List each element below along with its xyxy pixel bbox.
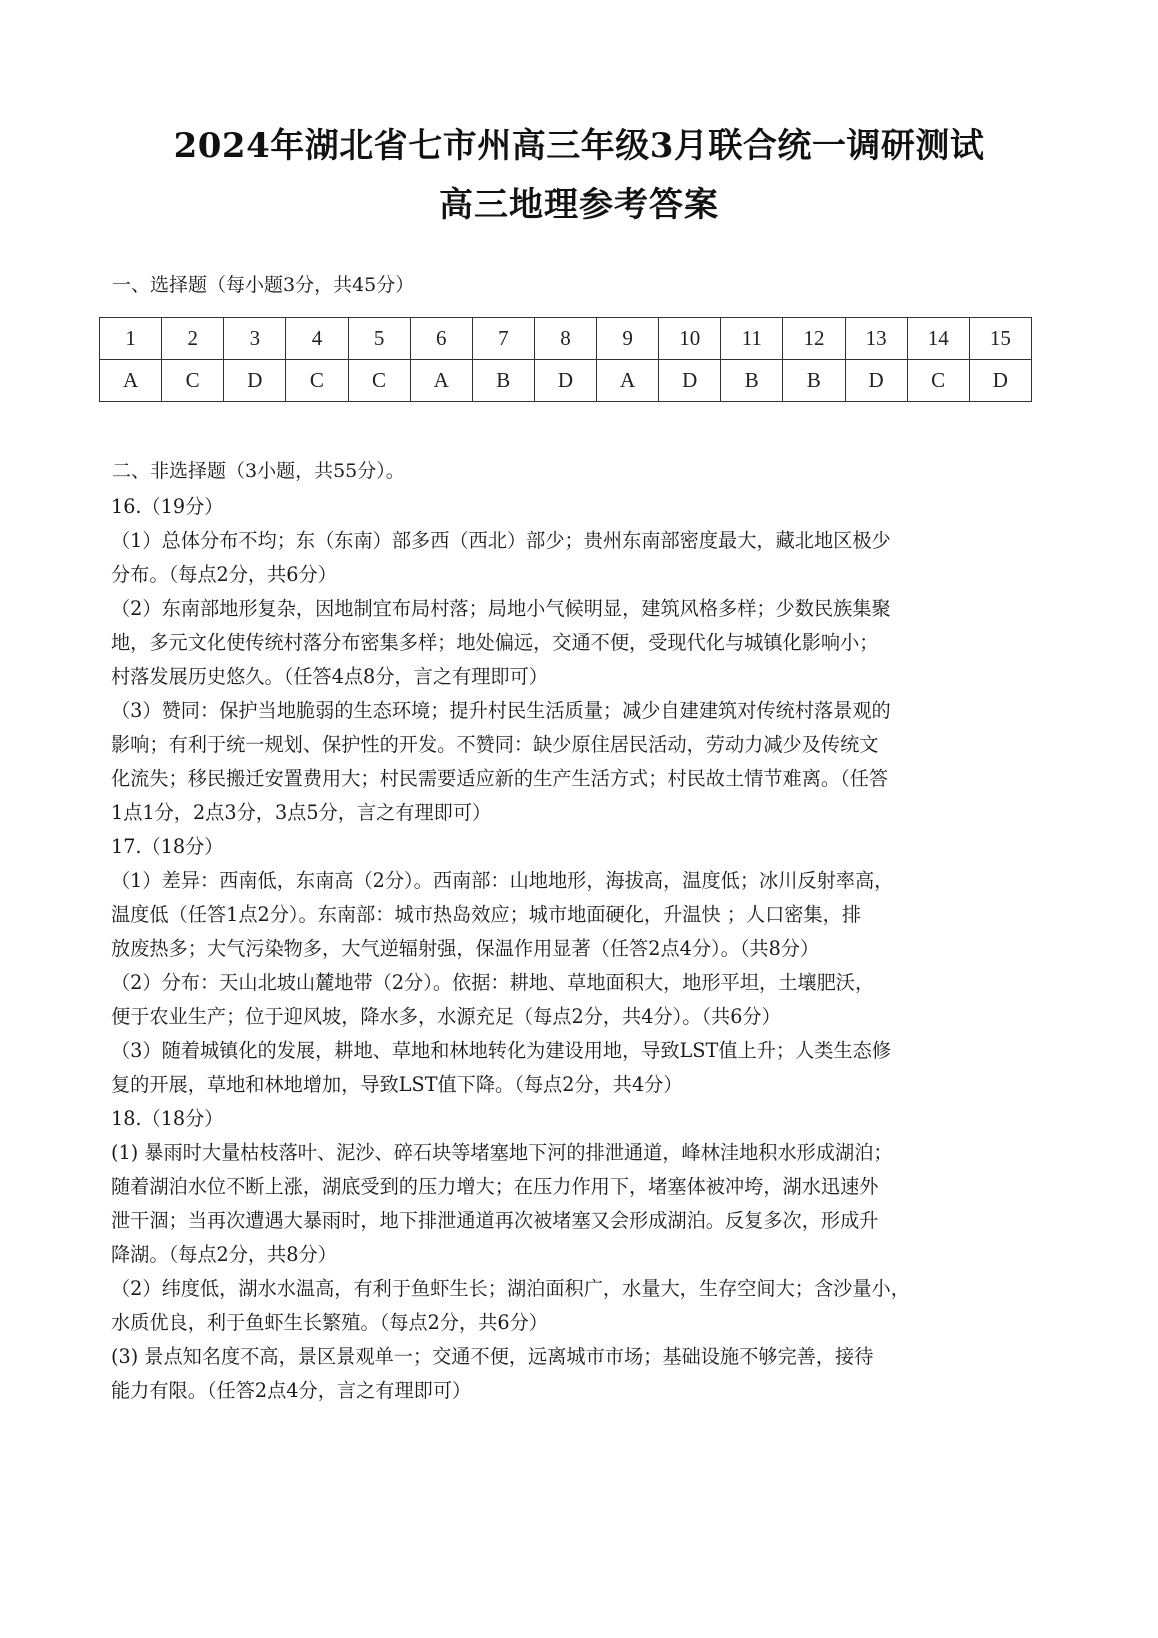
answer-cell: B [472,360,534,402]
answer-cell: D [534,360,596,402]
answer-line: （3）随着城镇化的发展，耕地、草地和林地转化为建设用地，导致LST值上升；人类生… [111,1034,1051,1068]
answer-cell: B [721,360,783,402]
question-number: 15 [969,318,1031,360]
answer-cell: A [410,360,472,402]
answer-cell: C [286,360,348,402]
answer-cell: A [100,360,162,402]
answer-line: 放废热多；大气污染物多，大气逆辐射强，保温作用显著（任答2点4分）。（共8分） [111,932,1051,966]
question-17-heading: 17.（18分） [111,830,1051,864]
question-number: 1 [100,318,162,360]
answer-line: （3）赞同：保护当地脆弱的生态环境；提升村民生活质量；减少自建建筑对传统村落景观… [111,694,1051,728]
section1-heading: 一、选择题（每小题3分，共45分） [112,270,414,297]
answer-line: 化流失；移民搬迁安置费用大；村民需要适应新的生产生活方式；村民故土情节难离。（任… [111,762,1051,796]
question-number: 4 [286,318,348,360]
question-number: 11 [721,318,783,360]
question-16-heading: 16.（19分） [111,490,1051,524]
answer-cell: A [597,360,659,402]
answer-line: 1点1分，2点3分，3点5分，言之有理即可） [111,796,1051,830]
question-number: 9 [597,318,659,360]
answer-line: (3) 景点知名度不高，景区景观单一；交通不便，远离城市市场；基础设施不够完善，… [111,1340,1051,1374]
answer-line: （2）纬度低，湖水水温高，有利于鱼虾生长；湖泊面积广，水量大，生存空间大；含沙量… [111,1272,1051,1306]
question-number: 12 [783,318,845,360]
question-number: 14 [907,318,969,360]
answer-line: 地，多元文化使传统村落分布密集多样；地处偏远，交通不便，受现代化与城镇化影响小； [111,626,1051,660]
answer-line: 泄干涸；当再次遭遇大暴雨时，地下排泄通道再次被堵塞又会形成湖泊。反复多次，形成升 [111,1204,1051,1238]
question-number: 6 [410,318,472,360]
question-number-row: 1 2 3 4 5 6 7 8 9 10 11 12 13 14 15 [100,318,1032,360]
question-18-heading: 18.（18分） [111,1102,1051,1136]
question-number: 2 [162,318,224,360]
answer-cell: C [907,360,969,402]
answer-cell: B [783,360,845,402]
section2-heading: 二、非选择题（3小题，共55分）。 [112,456,405,483]
question-number: 3 [224,318,286,360]
answer-cell: D [659,360,721,402]
answer-line: （1）差异：西南低，东南高（2分）。西南部：山地地形，海拔高，温度低；冰川反射率… [111,864,1051,898]
answer-line: （2）分布：天山北坡山麓地带（2分）。依据：耕地、草地面积大，地形平坦，土壤肥沃… [111,966,1051,1000]
answer-row: A C D C C A B D A D B B D C D [100,360,1032,402]
answer-cell: D [969,360,1031,402]
answer-line: 分布。（每点2分，共6分） [111,558,1051,592]
answer-line: (1) 暴雨时大量枯枝落叶、泥沙、碎石块等堵塞地下河的排泄通道，峰林洼地积水形成… [111,1136,1051,1170]
answer-cell: D [224,360,286,402]
question-number: 7 [472,318,534,360]
question-number: 10 [659,318,721,360]
answer-line: 能力有限。（任答2点4分，言之有理即可） [111,1374,1051,1408]
question-number: 8 [534,318,596,360]
answer-line: 村落发展历史悠久。（任答4点8分，言之有理即可） [111,660,1051,694]
answer-cell: C [162,360,224,402]
answer-line: 降湖。（每点2分，共8分） [111,1238,1051,1272]
answer-line: 水质优良，利于鱼虾生长繁殖。（每点2分，共6分） [111,1306,1051,1340]
answer-line: 温度低（任答1点2分）。东南部：城市热岛效应；城市地面硬化，升温快 ；人口密集，… [111,898,1051,932]
section2-body: 16.（19分） （1）总体分布不均；东（东南）部多西（西北）部少；贵州东南部密… [111,490,1051,1408]
question-number: 13 [845,318,907,360]
answer-line: 随着湖泊水位不断上涨，湖底受到的压力增大；在压力作用下，堵塞体被冲垮，湖水迅速外 [111,1170,1051,1204]
answer-line: 复的开展，草地和林地增加，导致LST值下降。（每点2分，共4分） [111,1068,1051,1102]
answer-cell: C [348,360,410,402]
answer-line: 影响；有利于统一规划、保护性的开发。不赞同：缺少原住居民活动，劳动力减少及传统文 [111,728,1051,762]
answer-line: （2）东南部地形复杂，因地制宜布局村落；局地小气候明显，建筑风格多样；少数民族集… [111,592,1051,626]
document-subtitle: 高三地理参考答案 [0,177,1158,226]
document-title: 2024年湖北省七市州高三年级3月联合统一调研测试 [0,118,1158,167]
answer-key-page: 2024年湖北省七市州高三年级3月联合统一调研测试 高三地理参考答案 一、选择题… [0,0,1158,1638]
answer-line: 便于农业生产；位于迎风坡，降水多，水源充足（每点2分，共4分）。（共6分） [111,1000,1051,1034]
answer-table: 1 2 3 4 5 6 7 8 9 10 11 12 13 14 15 A C … [99,317,1032,402]
answer-cell: D [845,360,907,402]
answer-line: （1）总体分布不均；东（东南）部多西（西北）部少；贵州东南部密度最大，藏北地区极… [111,524,1051,558]
question-number: 5 [348,318,410,360]
